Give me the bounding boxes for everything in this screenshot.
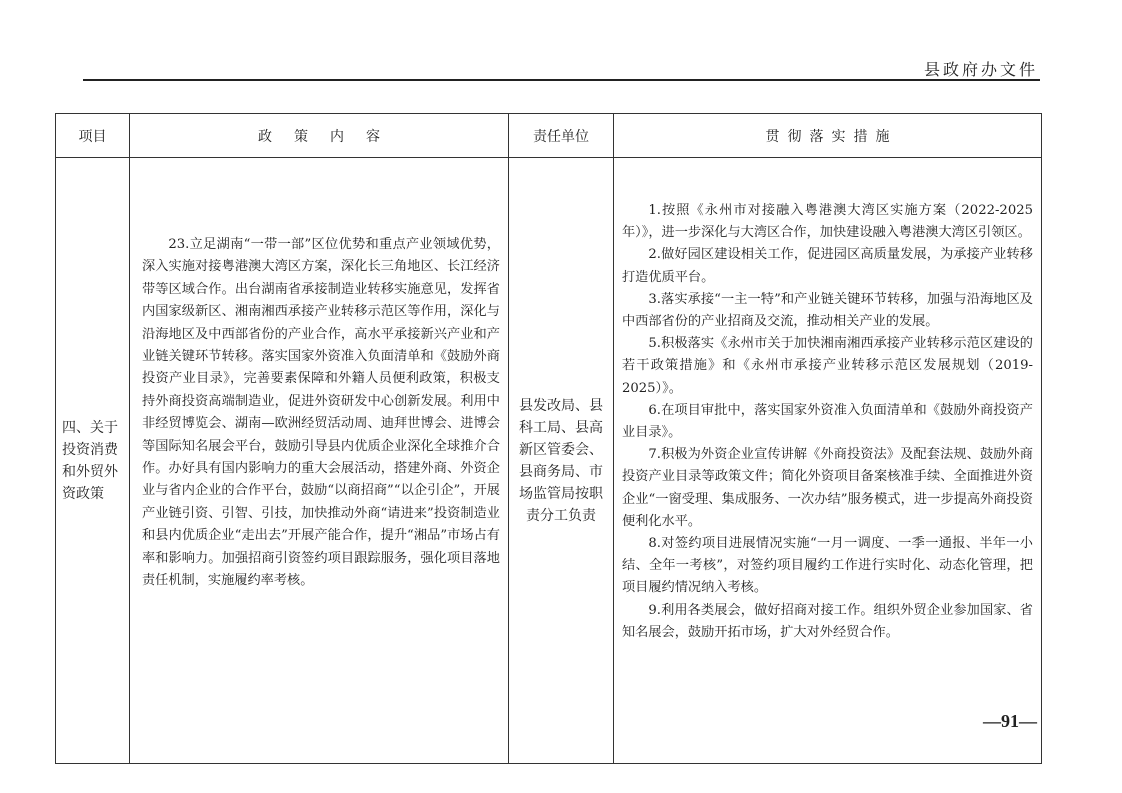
column-header-policy-content: 政策内容 xyxy=(130,114,509,158)
column-header-responsible-unit: 责任单位 xyxy=(509,114,614,158)
measure-item: 6.在项目审批中，落实国家外资准入负面清单和《鼓励外商投资产业目录》。 xyxy=(622,400,1033,444)
policy-content-cell: 23.立足湖南“一带一部”区位优势和重点产业领域优势，深入实施对接粤港澳大湾区方… xyxy=(130,158,509,764)
document-header: 县政府办文件 xyxy=(83,56,1040,81)
measure-item: 8.对签约项目进展情况实施“一月一调度、一季一通报、半年一小结、全年一考核”，对… xyxy=(622,533,1033,600)
measure-item: 1.按照《永州市对接融入粤港澳大湾区实施方案（2022-2025年）》，进一步深… xyxy=(622,200,1033,244)
measure-item: 9.利用各类展会，做好招商对接工作。组织外贸企业参加国家、省知名展会，鼓励开拓市… xyxy=(622,600,1033,644)
policy-content-text: 23.立足湖南“一带一部”区位优势和重点产业领域优势，深入实施对接粤港澳大湾区方… xyxy=(142,234,500,593)
document-header-title: 县政府办文件 xyxy=(924,57,1038,80)
measures-cell: 1.按照《永州市对接融入粤港澳大湾区实施方案（2022-2025年）》，进一步深… xyxy=(614,158,1042,764)
responsible-unit-cell: 县发改局、县科工局、县高新区管委会、县商务局、市场监管局按职责分工负责 xyxy=(509,158,614,764)
project-cell: 四、关于投资消费和外贸外资政策 xyxy=(56,158,130,764)
column-header-measures: 贯彻落实措施 xyxy=(614,114,1042,158)
measure-item: 3.落实承接“一主一特”和产业链关键环节转移，加强与沿海地区及中西部省份的产业招… xyxy=(622,289,1033,333)
measure-item: 7.积极为外资企业宣传讲解《外商投资法》及配套法规、鼓励外商投资产业目录等政策文… xyxy=(622,444,1033,533)
table-row: 四、关于投资消费和外贸外资政策 23.立足湖南“一带一部”区位优势和重点产业领域… xyxy=(56,158,1042,764)
page-number: —91— xyxy=(975,711,1045,732)
column-header-project: 项目 xyxy=(56,114,130,158)
measure-item: 5.积极落实《永州市关于加快湘南湘西承接产业转移示范区建设的若干政策措施》和《永… xyxy=(622,333,1033,400)
policy-table: 项目 政策内容 责任单位 贯彻落实措施 四、关于投资消费和外贸外资政策 23.立… xyxy=(55,113,1042,764)
table-header-row: 项目 政策内容 责任单位 贯彻落实措施 xyxy=(56,114,1042,158)
measure-item: 2.做好园区建设相关工作，促进园区高质量发展，为承接产业转移打造优质平台。 xyxy=(622,244,1033,288)
